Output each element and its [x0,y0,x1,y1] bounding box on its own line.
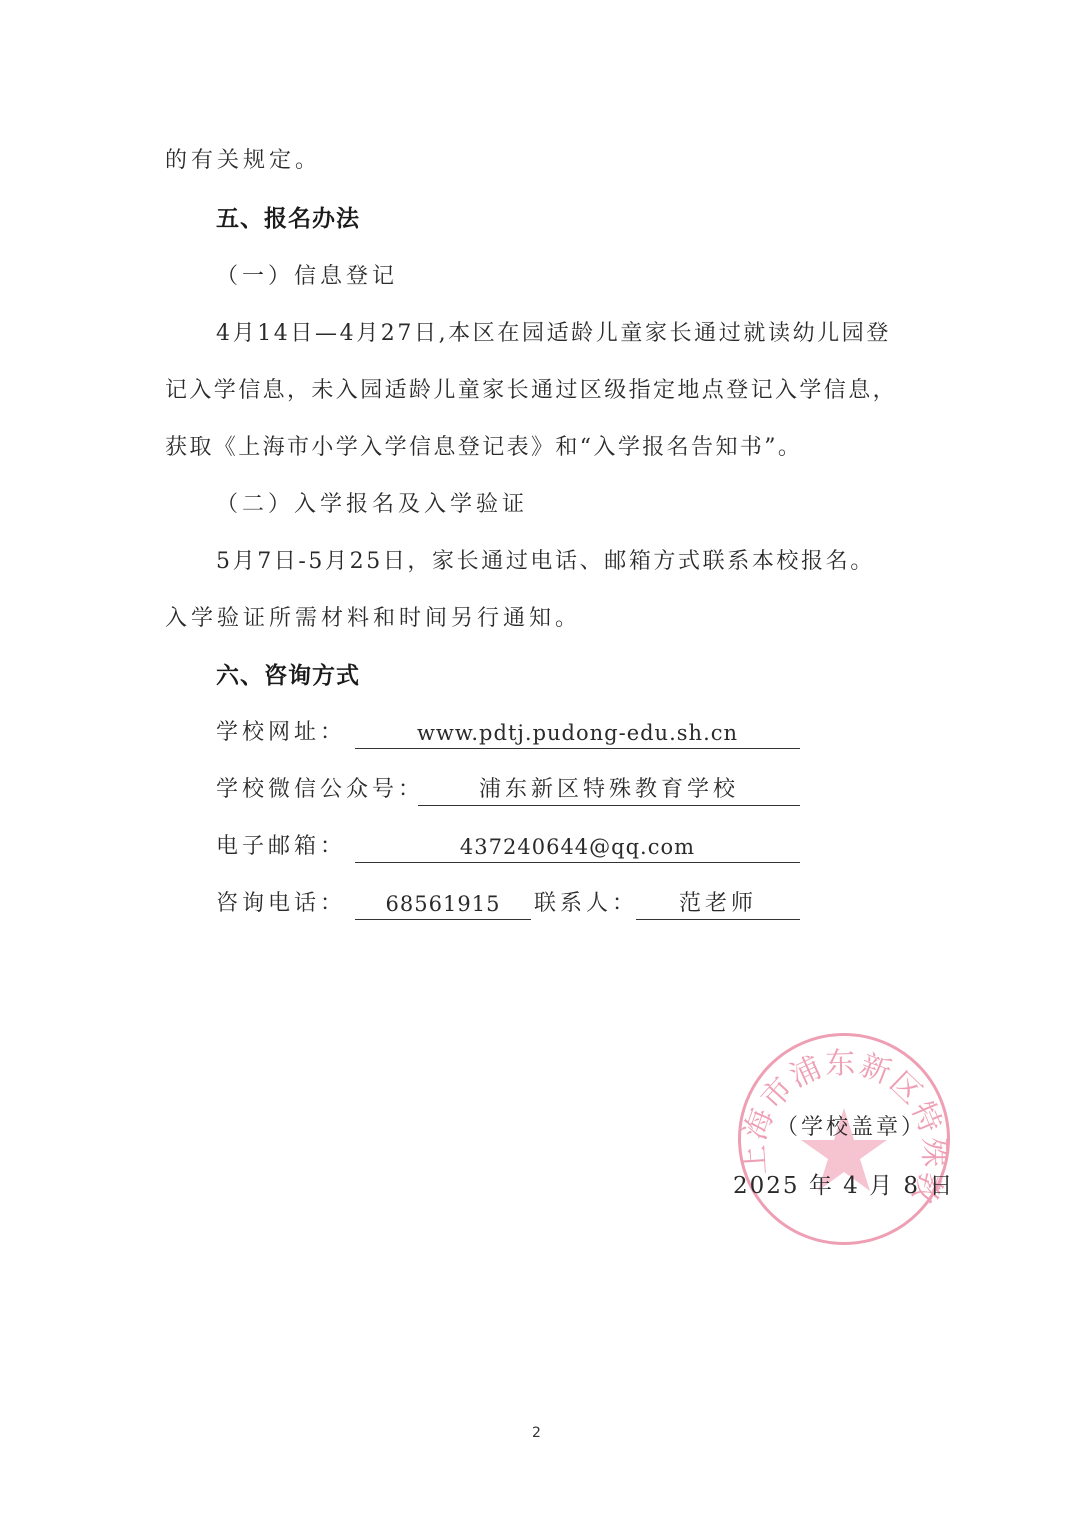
website-value: www.pdtj.pudong-edu.sh.cn [355,718,800,749]
subsection-1-heading: （一）信息登记 [216,262,398,292]
phone-value: 68561915 [355,889,531,920]
subsection-2-heading: （二）入学报名及入学验证 [216,490,528,520]
website-label: 学校网址： [216,718,346,748]
wechat-value: 浦东新区特殊教育学校 [418,775,800,806]
wechat-label: 学校微信公众号： [216,775,424,805]
paragraph-line: 5月7日-5月25日，家长通过电话、邮箱方式联系本校报名。 [216,547,875,577]
document-date: 2025 年 4 月 8 日 [733,1171,954,1201]
paragraph-line: 入学验证所需材料和时间另行通知。 [165,604,581,634]
seal-label: （学校盖章） [776,1113,926,1143]
page-number: 2 [532,1425,541,1441]
section-5-heading: 五、报名办法 [216,204,360,234]
paragraph-line: 记入学信息，未入园适龄儿童家长通过区级指定地点登记入学信息， [165,376,897,406]
continuation-text: 的有关规定。 [165,146,321,176]
contact-value: 范老师 [636,889,800,920]
paragraph-line: 4月14日—4月27日,本区在园适龄儿童家长通过就读幼儿园登 [216,319,891,349]
paragraph-line: 获取《上海市小学入学信息登记表》和“入学报名告知书”。 [165,433,802,463]
email-value: 437240644@qq.com [355,832,800,863]
section-6-heading: 六、咨询方式 [216,661,360,691]
email-label: 电子邮箱： [216,832,346,862]
contact-label: 联系人： [534,889,638,919]
phone-label: 咨询电话： [216,889,346,919]
